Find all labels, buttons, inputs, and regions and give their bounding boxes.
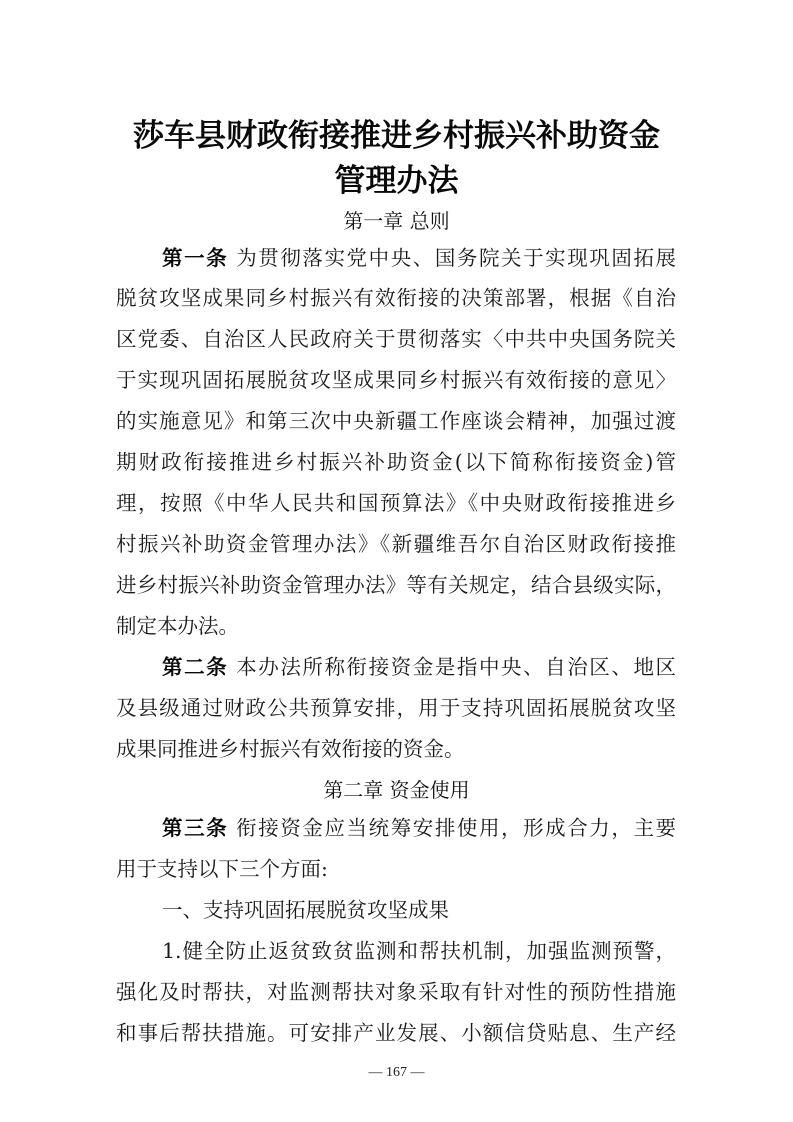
article-1-line-10: 制定本办法。 (116, 612, 676, 640)
article-1-label: 第一条 (162, 246, 228, 270)
item-1-line-2: 强化及时帮扶，对监测帮扶对象采取有针对性的预防性措施 (116, 978, 676, 1006)
chapter-2-heading: 第二章 资金使用 (0, 774, 793, 803)
item-1-line-3: 和事后帮扶措施。可安排产业发展、小额信贷贴息、生产经 (116, 1019, 676, 1047)
chapter-1-heading: 第一章 总则 (0, 205, 793, 234)
document-title-line-2: 管理办法 (0, 155, 793, 200)
article-1-line-8: 村振兴补助资金管理办法》《新疆维吾尔自治区财政衔接推 (116, 530, 676, 558)
article-2-line-3: 成果同推进乡村振兴有效衔接的资金。 (116, 735, 676, 763)
section-one-heading: 一、支持巩固拓展脱贫攻坚成果 (162, 896, 676, 924)
article-1-line-9: 进乡村振兴补助资金管理办法》等有关规定，结合县级实际， (116, 571, 676, 599)
article-2-line-1: 第二条本办法所称衔接资金是指中央、自治区、地区 (162, 653, 676, 681)
article-text: 本办法所称衔接资金是指中央、自治区、地区 (236, 655, 676, 679)
article-2-label: 第二条 (162, 655, 228, 679)
article-text: 为贯彻落实党中央、国务院关于实现巩固拓展 (236, 246, 676, 270)
article-1-line-6: 期财政衔接推进乡村振兴补助资金(以下简称衔接资金)管 (116, 448, 676, 476)
article-text: 衔接资金应当统筹安排使用，形成合力，主要 (236, 816, 676, 840)
article-3-line-1: 第三条衔接资金应当统筹安排使用，形成合力，主要 (162, 814, 676, 842)
article-1-line-2: 脱贫攻坚成果同乡村振兴有效衔接的决策部署，根据《自治 (116, 284, 676, 312)
item-1-line-1: 1.健全防止返贫致贫监测和帮扶机制，加强监测预警， (162, 937, 676, 965)
article-1-line-5: 的实施意见》和第三次中央新疆工作座谈会精神，加强过渡 (116, 407, 676, 435)
article-3-label: 第三条 (162, 816, 228, 840)
article-1-line-7: 理，按照《中华人民共和国预算法》《中央财政衔接推进乡 (116, 489, 676, 517)
article-1-line-4: 于实现巩固拓展脱贫攻坚成果同乡村振兴有效衔接的意见〉 (116, 366, 676, 394)
document-page: 莎车县财政衔接推进乡村振兴补助资金 管理办法 第一章 总则 第一条为贯彻落实党中… (0, 0, 793, 1122)
page-number: — 167 — (0, 1065, 793, 1081)
article-1-line-3: 区党委、自治区人民政府关于贯彻落实〈中共中央国务院关 (116, 325, 676, 353)
article-3-line-2: 用于支持以下三个方面: (116, 855, 676, 883)
article-2-line-2: 及县级通过财政公共预算安排，用于支持巩固拓展脱贫攻坚 (116, 694, 676, 722)
article-1-line-1: 第一条为贯彻落实党中央、国务院关于实现巩固拓展 (162, 244, 676, 272)
document-title-line-1: 莎车县财政衔接推进乡村振兴补助资金 (0, 110, 793, 155)
